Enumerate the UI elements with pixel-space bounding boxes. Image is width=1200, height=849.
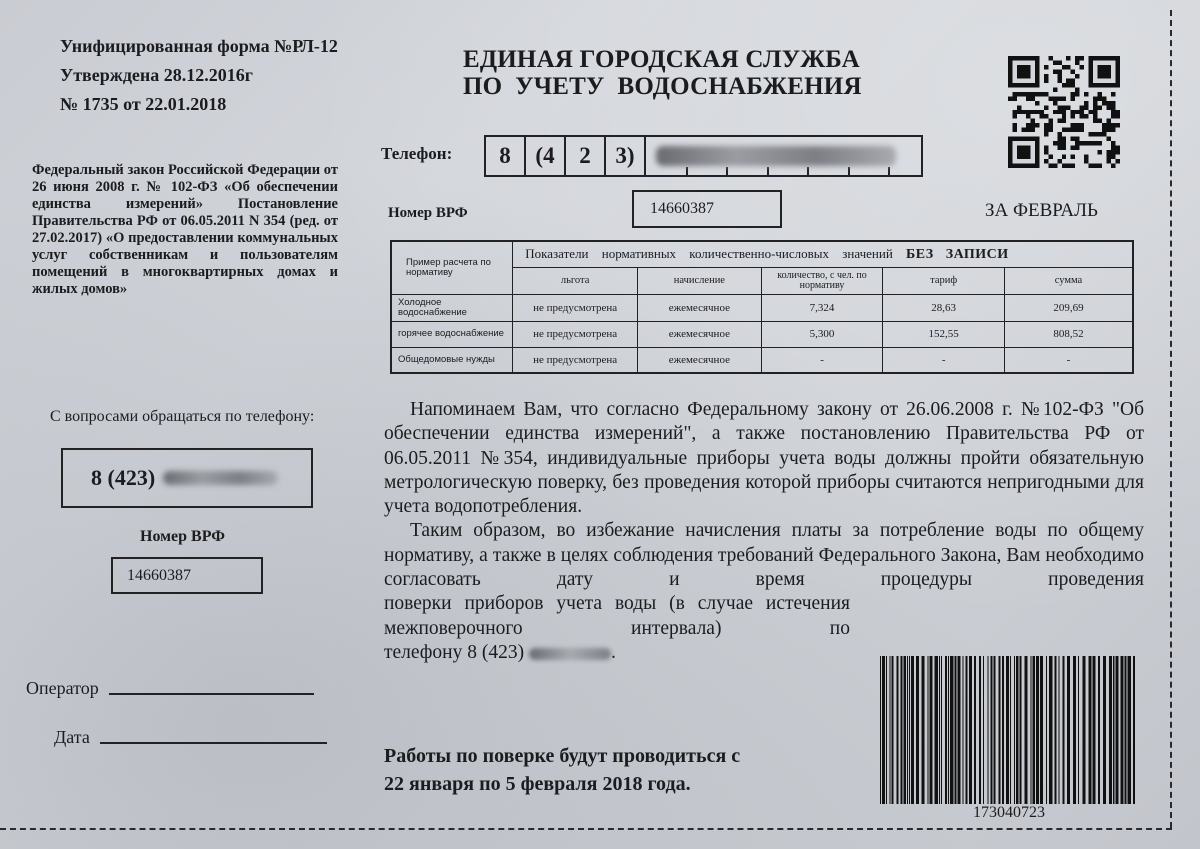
- table-cell: ежемесячное: [638, 321, 762, 347]
- table-row: горячее водоснабжение не предусмотрена е…: [391, 321, 1133, 347]
- qr-code-icon: [1008, 56, 1120, 168]
- column-header: начисление: [638, 267, 762, 294]
- table-cell: не предусмотрена: [513, 347, 638, 373]
- redacted-phone: [163, 471, 278, 485]
- row-label: горячее водоснабжение: [391, 321, 513, 347]
- cut-line-horizontal: [0, 828, 1172, 830]
- operator-signature: Оператор: [26, 678, 314, 699]
- operator-label: Оператор: [26, 678, 99, 699]
- operator-line: [109, 693, 314, 695]
- vrf-number-left: 14660387: [111, 557, 263, 594]
- table-group-header: Показатели нормативных количественно-чис…: [513, 241, 1133, 267]
- phone-digit: 8: [486, 137, 526, 175]
- redacted-phone: [656, 146, 896, 166]
- row-label: Холодное водоснабжение: [391, 294, 513, 321]
- phone-boxes: 8 (4 2 3): [484, 135, 923, 177]
- table-row: Общедомовые нужды не предусмотрена ежеме…: [391, 347, 1133, 373]
- table-cell: -: [883, 347, 1005, 373]
- column-header: тариф: [883, 267, 1005, 294]
- vrf-label-left: Номер ВРФ: [140, 528, 225, 546]
- barcode-number: 173040723: [880, 804, 1138, 822]
- title-line-1: ЕДИНАЯ ГОРОДСКАЯ СЛУЖБА: [463, 46, 862, 73]
- table-cell: 209,69: [1004, 294, 1133, 321]
- column-header: сумма: [1004, 267, 1133, 294]
- paragraph-2-narrow: поверки приборов учета воды (в случае ис…: [384, 592, 850, 665]
- table-row: Холодное водоснабжение не предусмотрена …: [391, 294, 1133, 321]
- paragraph-1: Напоминаем Вам, что согласно Федеральном…: [384, 398, 1144, 519]
- work-schedule-notice: Работы по поверке будут проводиться с 22…: [384, 742, 740, 798]
- page-title: ЕДИНАЯ ГОРОДСКАЯ СЛУЖБА ПО УЧЕТУ ВОДОСНА…: [463, 46, 862, 100]
- row-label: Общедомовые нужды: [391, 347, 513, 373]
- table-cell: ежемесячное: [638, 347, 762, 373]
- column-header: количество, с чел. по нормативу: [761, 267, 883, 294]
- table-cell: 7,324: [761, 294, 883, 321]
- vrf-label: Номер ВРФ: [388, 205, 468, 222]
- table-cell: не предусмотрена: [513, 294, 638, 321]
- form-approved: Утверждена 28.12.2016г: [60, 61, 338, 90]
- body-text: Напоминаем Вам, что согласно Федеральном…: [384, 398, 1144, 665]
- no-record-label: БЕЗ ЗАПИСИ: [906, 247, 1009, 262]
- phone-digit: 3): [606, 137, 646, 175]
- phone-masked-digits: [646, 137, 921, 175]
- notice-line-2: 22 января по 5 февраля 2018 года.: [384, 770, 740, 798]
- table-cell: не предусмотрена: [513, 321, 638, 347]
- vrf-number: 14660387: [632, 190, 782, 228]
- table-cell: ежемесячное: [638, 294, 762, 321]
- law-reference: Федеральный закон Российской Федерации о…: [32, 162, 338, 298]
- form-meta: Унифицированная форма №РЛ-12 Утверждена …: [60, 32, 338, 119]
- normative-table: Пример расчета по нормативу Показатели н…: [390, 240, 1134, 374]
- cut-line-vertical: [1170, 10, 1172, 828]
- table-cell: -: [1004, 347, 1133, 373]
- date-label: Дата: [54, 727, 90, 748]
- table-cell: 5,300: [761, 321, 883, 347]
- title-line-2: ПО УЧЕТУ ВОДОСНАБЖЕНИЯ: [463, 73, 862, 100]
- table-cell: 28,63: [883, 294, 1005, 321]
- form-number: № 1735 от 22.01.2018: [60, 90, 338, 119]
- phone-digit: (4: [526, 137, 566, 175]
- table-cell: -: [761, 347, 883, 373]
- barcode-icon: [880, 656, 1138, 804]
- table-cell: 808,52: [1004, 321, 1133, 347]
- date-signature: Дата: [54, 727, 327, 748]
- contact-phone-prefix: 8 (423): [91, 465, 155, 491]
- phone-reference: телефону 8 (423) .: [384, 642, 616, 663]
- billing-period: ЗА ФЕВРАЛЬ: [985, 200, 1098, 222]
- contact-label: С вопросами обращаться по телефону:: [50, 408, 314, 426]
- table-cell: 152,55: [883, 321, 1005, 347]
- table-corner-header: Пример расчета по нормативу: [391, 241, 513, 294]
- form-id: Унифицированная форма №РЛ-12: [60, 32, 338, 61]
- phone-digit: 2: [566, 137, 606, 175]
- date-line: [100, 742, 327, 744]
- redacted-phone: [529, 648, 611, 660]
- column-header: льгота: [513, 267, 638, 294]
- paragraph-2-wide: Таким образом, во избежание начисления п…: [384, 519, 1144, 592]
- phone-label: Телефон:: [381, 144, 452, 164]
- notice-line-1: Работы по поверке будут проводиться с: [384, 742, 740, 770]
- contact-phone-box: 8 (423): [61, 448, 313, 508]
